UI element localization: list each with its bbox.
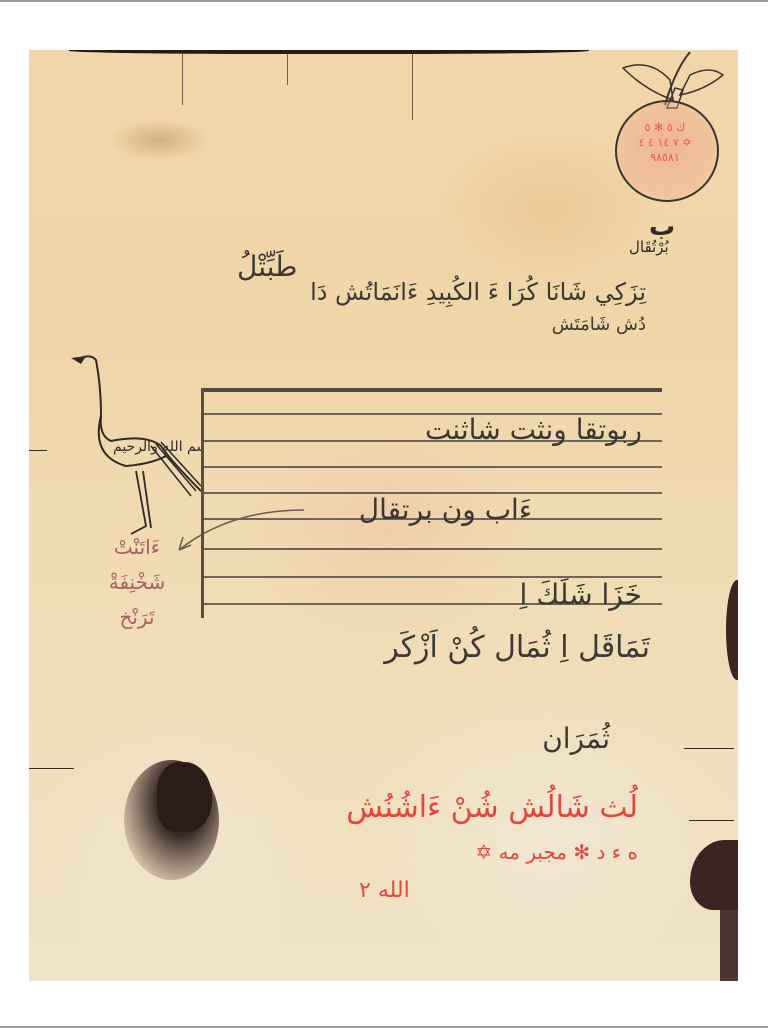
paper-crack	[689, 820, 734, 821]
burnt-top-edge	[69, 50, 589, 54]
letter-caption: بُرْتُقَال	[629, 238, 669, 256]
burn-hole	[157, 762, 212, 832]
header-line-2: دُش شَامَتَش	[552, 314, 646, 335]
paper-crack	[29, 450, 47, 451]
header-line-1: تِزَكِي شَانَا كُرَا ءَ الكُبِيدِ ءَانَم…	[310, 278, 646, 306]
rule-line	[204, 548, 662, 550]
svg-text:بسم الله والرحيم: بسم الله والرحيم	[113, 439, 201, 455]
paper-tear	[182, 50, 183, 105]
rule-line	[204, 388, 662, 392]
fruit-glyphs: ك ٥ ✻ ٥ ✡ ٧ ١٤ ٤ ٤ ٩٨٥٨١	[625, 120, 705, 165]
burnt-right-edge	[720, 910, 738, 981]
margin-note: ءَاتَنْتْ شَخْنِفَةْ تَرَنْخ	[77, 530, 197, 635]
paper-crack	[684, 748, 734, 749]
paper-tear	[287, 50, 288, 85]
burnt-right-edge	[726, 580, 738, 680]
document-title: طَبِّتْلُ	[237, 250, 297, 283]
aged-paper-photo: ك ٥ ✻ ٥ ✡ ٧ ١٤ ٤ ٤ ٩٨٥٨١ ب بُرْتُقَال طَ…	[29, 50, 738, 981]
lined-text-3: خَزَا شَلَكَ اِ	[520, 578, 642, 611]
lined-text-2: ءَاب ون برتقال	[359, 493, 532, 526]
paper-tear	[412, 50, 413, 120]
red-inscription-2: ه ء د ✻ مجبر مه ✡	[475, 840, 638, 864]
body-line-2: ثُمَرَان	[542, 722, 610, 755]
red-inscription-1: لُث شَالُش شُنْ ءَاشُنُش	[346, 790, 638, 825]
lined-text-1: ربوتقا ونثت شاثنت	[425, 413, 642, 446]
frame-top-border	[0, 0, 768, 2]
orange-illustration: ك ٥ ✻ ٥ ✡ ٧ ١٤ ٤ ٤ ٩٨٥٨١ ب بُرْتُقَال	[615, 50, 735, 210]
lined-writing-box: ربوتقا ونثت شاثنت ءَاب ون برتقال خَزَا ش…	[201, 388, 662, 618]
burnt-right-edge	[690, 840, 738, 910]
body-line-1: تَمَاقَل اِ ثُمَال كُنْ اَزْكَر	[384, 630, 650, 665]
rule-line	[204, 466, 662, 468]
paper-crack	[29, 768, 74, 769]
red-inscription-3: الله ٢	[359, 878, 410, 903]
